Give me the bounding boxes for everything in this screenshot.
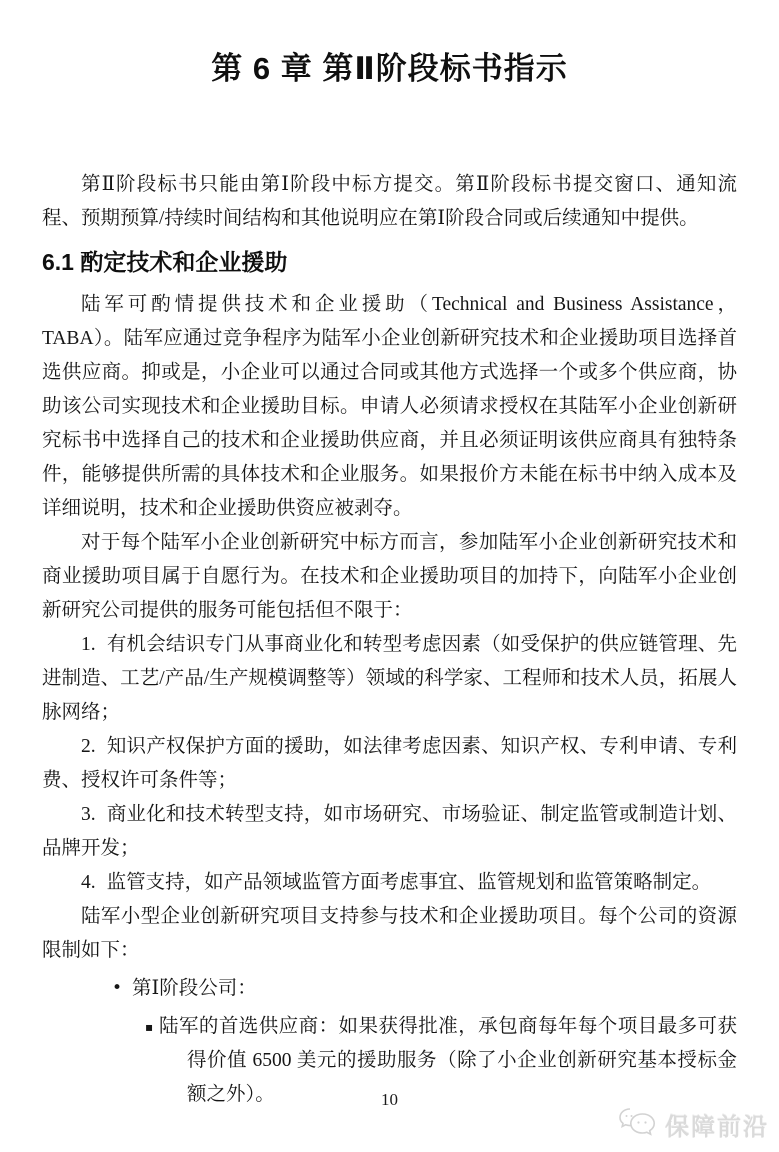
numbered-item-3: 3.商业化和技术转型支持，如市场研究、市场验证、制定监管或制造计划、品牌开发； [42, 798, 737, 866]
watermark: 保障前沿 [617, 1105, 769, 1144]
bullet-item-phase1: • 第Ⅰ阶段公司： [42, 972, 737, 1006]
wechat-logo-icon [617, 1105, 657, 1144]
section-paragraph-voluntary: 对于每个陆军小企业创新研究中标方而言，参加陆军小企业创新研究技术和商业援助项目属… [42, 526, 737, 628]
chapter-title: 第 6 章 第Ⅱ阶段标书指示 [42, 48, 737, 90]
section-heading: 6.1 酌定技术和企业援助 [42, 246, 737, 278]
numbered-item-1: 1.有机会结识专门从事商业化和转型考虑因素（如受保护的供应链管理、先进制造、工艺… [42, 628, 737, 730]
item-number: 1. [81, 634, 96, 655]
numbered-item-2: 2.知识产权保护方面的援助，如法律考虑因素、知识产权、专利申请、专利费、授权许可… [42, 730, 737, 798]
item-number: 2. [81, 736, 96, 757]
item-text: 知识产权保护方面的援助，如法律考虑因素、知识产权、专利申请、专利费、授权许可条件… [42, 736, 737, 791]
item-text: 监管支持，如产品领域监管方面考虑事宜、监管规划和监管策略制定。 [107, 872, 712, 893]
bullet-square-icon: ▪ [145, 1010, 153, 1044]
item-text: 商业化和技术转型支持，如市场研究、市场验证、制定监管或制造计划、品牌开发； [42, 804, 737, 859]
watermark-label: 保障前沿 [665, 1107, 769, 1142]
document-page: 第 6 章 第Ⅱ阶段标书指示 第Ⅱ阶段标书只能由第Ⅰ阶段中标方提交。第Ⅱ阶段标书… [0, 0, 779, 1152]
bullet-dot-icon: • [112, 971, 122, 1005]
item-number: 3. [81, 804, 96, 825]
item-text: 有机会结识专门从事商业化和转型考虑因素（如受保护的供应链管理、先进制造、工艺/产… [42, 634, 737, 723]
intro-paragraph: 第Ⅱ阶段标书只能由第Ⅰ阶段中标方提交。第Ⅱ阶段标书提交窗口、通知流程、预期预算/… [42, 168, 737, 236]
section-paragraph-taba: 陆军可酌情提供技术和企业援助（Technical and Business As… [42, 288, 737, 526]
bullet-item-label: 第Ⅰ阶段公司： [132, 978, 257, 999]
item-number: 4. [81, 872, 96, 893]
page-content: 第 6 章 第Ⅱ阶段标书指示 第Ⅱ阶段标书只能由第Ⅰ阶段中标方提交。第Ⅱ阶段标书… [0, 0, 779, 1112]
section-paragraph-limits: 陆军小型企业创新研究项目支持参与技术和企业援助项目。每个公司的资源限制如下： [42, 900, 737, 968]
numbered-item-4: 4.监管支持，如产品领域监管方面考虑事宜、监管规划和监管策略制定。 [42, 866, 737, 900]
